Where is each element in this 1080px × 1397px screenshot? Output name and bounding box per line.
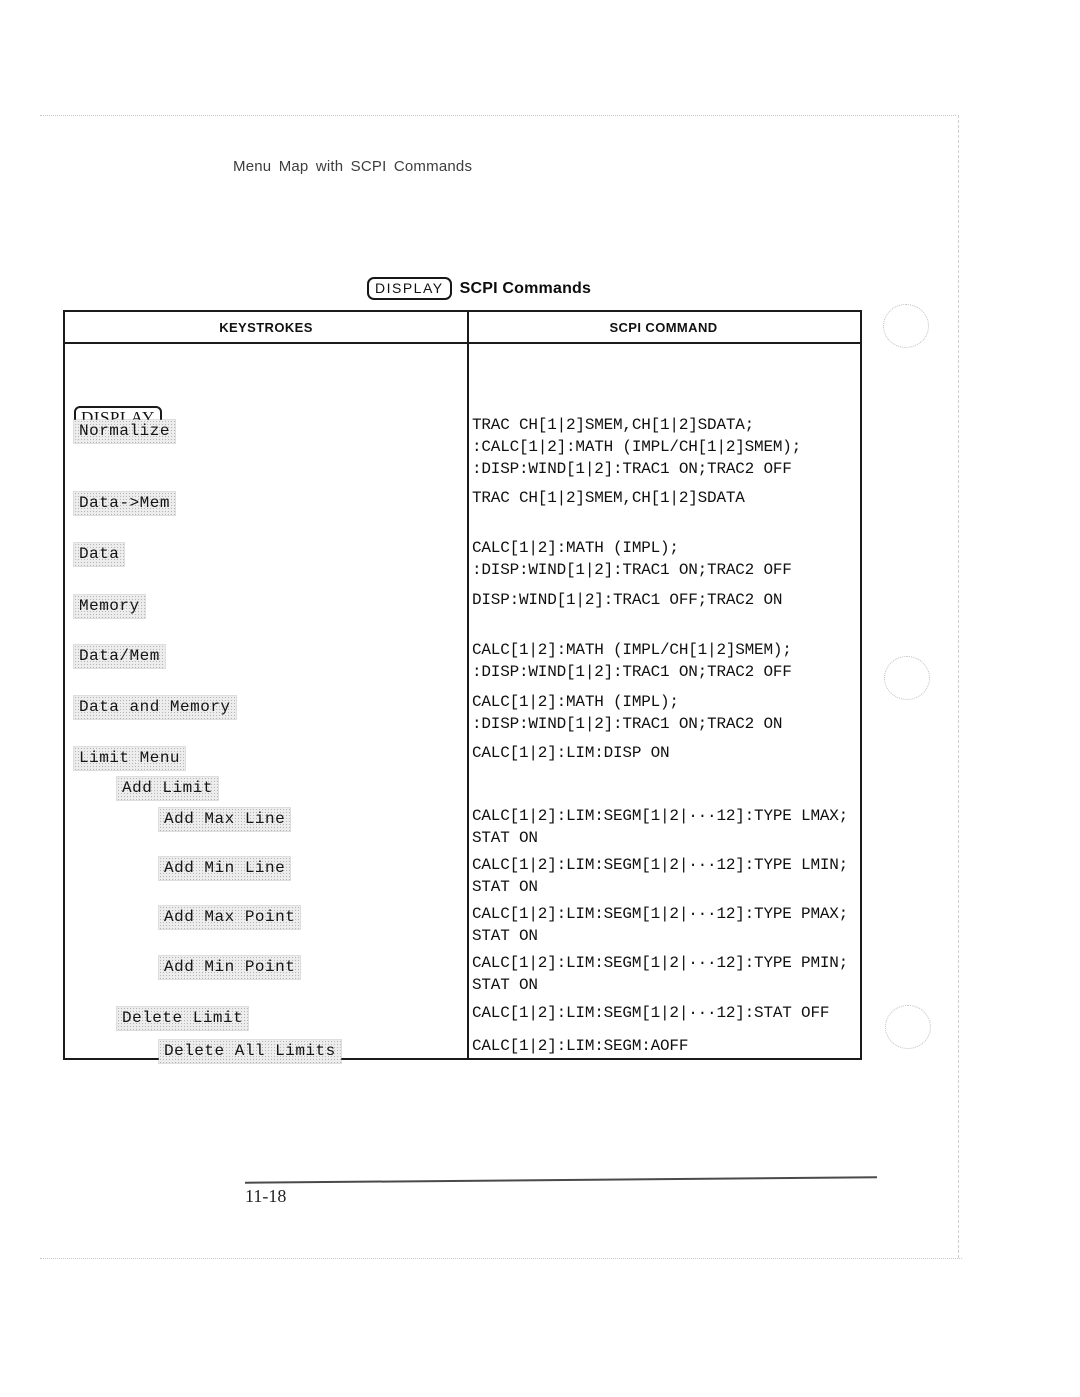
scpi-command-line: STAT ON [472, 925, 848, 947]
softkey-data-and-memory: Data and Memory [74, 696, 236, 719]
scpi-command-line: TRAC CH[1|2]SMEM,CH[1|2]SDATA [472, 487, 745, 509]
scpi-command-line: :DISP:WIND[1|2]:TRAC1 ON;TRAC2 OFF [472, 458, 801, 480]
softkey-limit-menu: Limit Menu [74, 747, 185, 770]
punch-hole [883, 304, 929, 348]
scpi-command-data-and-memory: CALC[1|2]:MATH (IMPL);:DISP:WIND[1|2]:TR… [472, 691, 782, 735]
table-header-row: KEYSTROKES SCPI COMMAND [65, 312, 860, 344]
scpi-command-line: :DISP:WIND[1|2]:TRAC1 ON;TRAC2 OFF [472, 661, 792, 683]
scpi-command-data-mem: CALC[1|2]:MATH (IMPL/CH[1|2]SMEM);:DISP:… [472, 639, 792, 683]
scpi-command-line: CALC[1|2]:LIM:SEGM[1|2|···12]:STAT OFF [472, 1002, 829, 1024]
scpi-command-line: :DISP:WIND[1|2]:TRAC1 ON;TRAC2 ON [472, 713, 782, 735]
page-edge-right [958, 115, 959, 1258]
scpi-command-line: CALC[1|2]:MATH (IMPL/CH[1|2]SMEM); [472, 639, 792, 661]
scpi-command-memory: DISP:WIND[1|2]:TRAC1 OFF;TRAC2 ON [472, 589, 782, 611]
scpi-command-data-mem: TRAC CH[1|2]SMEM,CH[1|2]SDATA [472, 487, 745, 509]
section-heading-title: SCPI Commands [460, 280, 592, 298]
scpi-command-line: STAT ON [472, 876, 848, 898]
scpi-command-line: CALC[1|2]:LIM:DISP ON [472, 742, 669, 764]
page-edge-top [40, 115, 956, 116]
scpi-command-limit-menu: CALC[1|2]:LIM:DISP ON [472, 742, 669, 764]
softkey-add-max-point: Add Max Point [159, 906, 300, 929]
scpi-command-line: CALC[1|2]:LIM:SEGM[1|2|···12]:TYPE LMIN; [472, 854, 848, 876]
scpi-command-line: :CALC[1|2]:MATH (IMPL/CH[1|2]SMEM); [472, 436, 801, 458]
softkey-data-mem: Data/Mem [74, 645, 165, 668]
softkey-add-min-line: Add Min Line [159, 857, 290, 880]
softkey-delete-all-limits: Delete All Limits [159, 1040, 341, 1063]
softkey-memory: Memory [74, 595, 145, 618]
scpi-command-line: CALC[1|2]:LIM:SEGM[1|2|···12]:TYPE LMAX; [472, 805, 848, 827]
softkey-data-mem: Data->Mem [74, 492, 175, 515]
scpi-command-line: TRAC CH[1|2]SMEM,CH[1|2]SDATA; [472, 414, 801, 436]
scpi-command-data: CALC[1|2]:MATH (IMPL);:DISP:WIND[1|2]:TR… [472, 537, 792, 581]
page-number: 11-18 [245, 1186, 286, 1207]
scpi-command-line: CALC[1|2]:MATH (IMPL); [472, 691, 782, 713]
scpi-command-line: STAT ON [472, 974, 848, 996]
scpi-command-line: CALC[1|2]:MATH (IMPL); [472, 537, 792, 559]
scpi-command-delete-all-limits: CALC[1|2]:LIM:SEGM:AOFF [472, 1035, 688, 1057]
scanned-manual-page: Menu Map with SCPI Commands DISPLAY SCPI… [0, 0, 1080, 1397]
running-header: Menu Map with SCPI Commands [233, 158, 472, 175]
scpi-command-table: KEYSTROKES SCPI COMMAND DISPLAY Normaliz… [63, 310, 862, 1060]
scpi-command-line: :DISP:WIND[1|2]:TRAC1 ON;TRAC2 OFF [472, 559, 792, 581]
scpi-command-line: CALC[1|2]:LIM:SEGM[1|2|···12]:TYPE PMIN; [472, 952, 848, 974]
punch-hole [885, 1005, 931, 1049]
scpi-command-normalize: TRAC CH[1|2]SMEM,CH[1|2]SDATA;:CALC[1|2]… [472, 414, 801, 480]
scpi-command-add-max-line: CALC[1|2]:LIM:SEGM[1|2|···12]:TYPE LMAX;… [472, 805, 848, 849]
softkey-delete-limit: Delete Limit [117, 1007, 248, 1030]
column-header-scpi-command: SCPI COMMAND [467, 312, 860, 342]
punch-hole [884, 656, 930, 700]
column-header-keystrokes: KEYSTROKES [65, 312, 467, 342]
table-body: DISPLAY NormalizeTRAC CH[1|2]SMEM,CH[1|2… [65, 344, 860, 1058]
scpi-command-add-max-point: CALC[1|2]:LIM:SEGM[1|2|···12]:TYPE PMAX;… [472, 903, 848, 947]
softkey-data: Data [74, 543, 124, 566]
scpi-command-line: CALC[1|2]:LIM:SEGM[1|2|···12]:TYPE PMAX; [472, 903, 848, 925]
scpi-command-line: STAT ON [472, 827, 848, 849]
display-keycap: DISPLAY [367, 277, 452, 300]
scpi-command-line: CALC[1|2]:LIM:SEGM:AOFF [472, 1035, 688, 1057]
page-edge-bottom [40, 1258, 962, 1259]
softkey-add-limit: Add Limit [117, 777, 218, 800]
footer-rule [245, 1176, 877, 1184]
scpi-command-delete-limit: CALC[1|2]:LIM:SEGM[1|2|···12]:STAT OFF [472, 1002, 829, 1024]
scpi-command-add-min-line: CALC[1|2]:LIM:SEGM[1|2|···12]:TYPE LMIN;… [472, 854, 848, 898]
scpi-command-add-min-point: CALC[1|2]:LIM:SEGM[1|2|···12]:TYPE PMIN;… [472, 952, 848, 996]
softkey-normalize: Normalize [74, 420, 175, 443]
section-heading: DISPLAY SCPI Commands [367, 277, 591, 300]
softkey-add-min-point: Add Min Point [159, 956, 300, 979]
scpi-command-line: DISP:WIND[1|2]:TRAC1 OFF;TRAC2 ON [472, 589, 782, 611]
softkey-add-max-line: Add Max Line [159, 808, 290, 831]
